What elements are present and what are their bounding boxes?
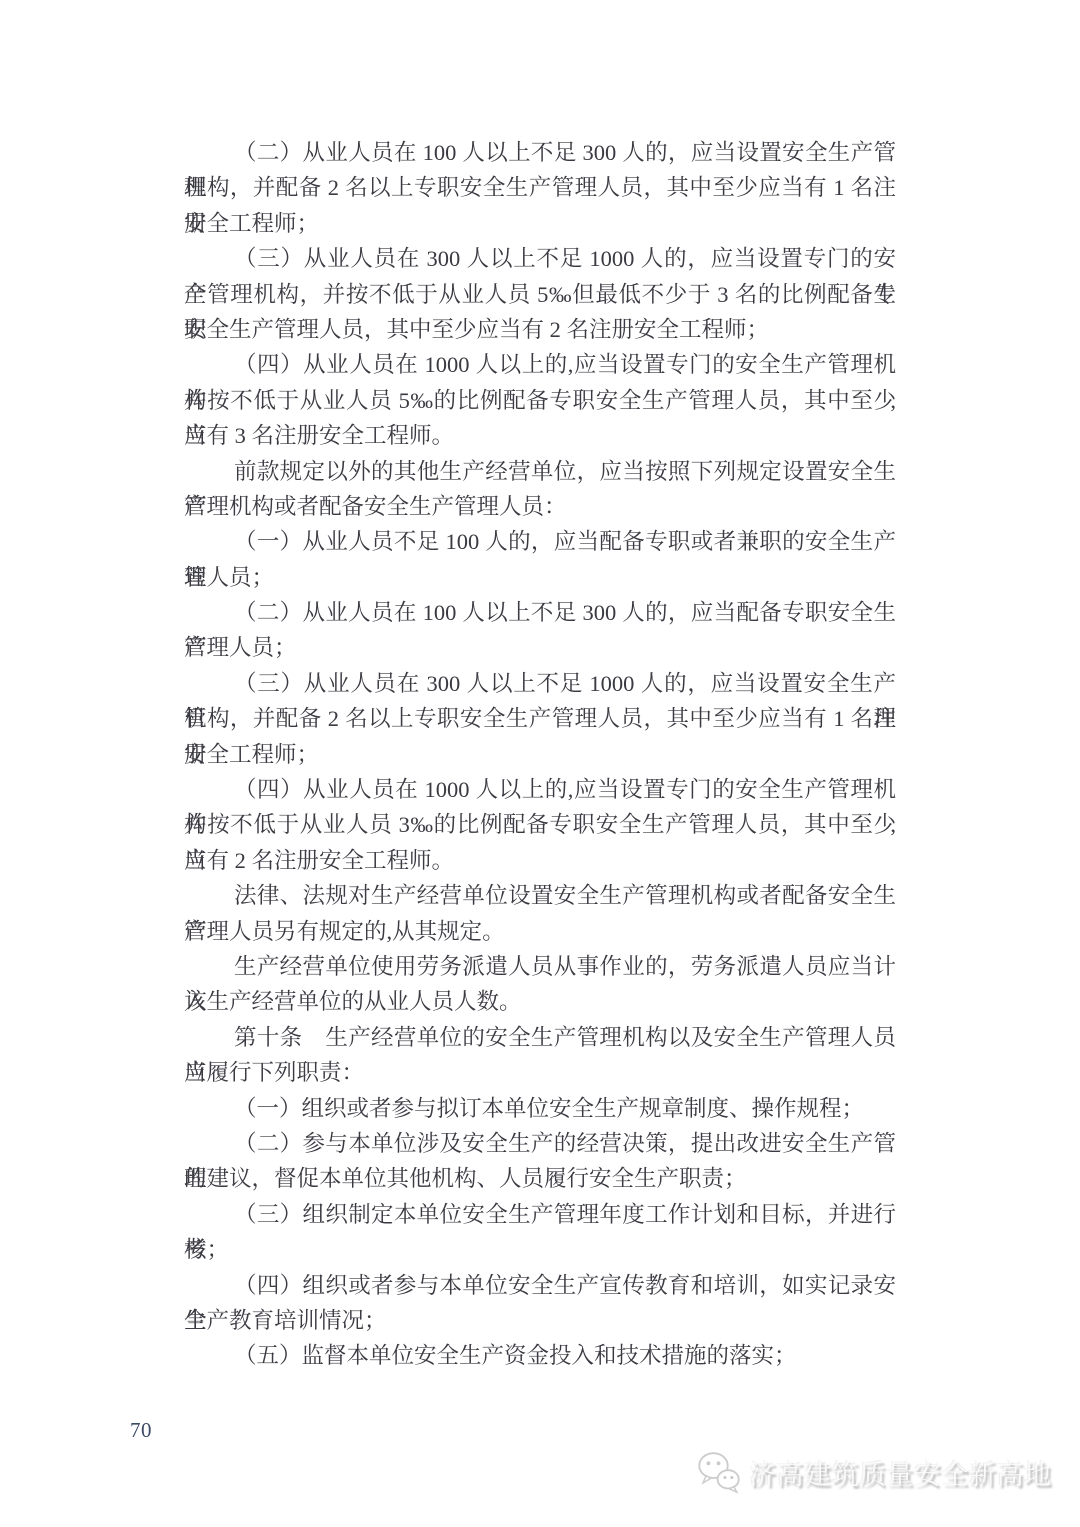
text-line: 前款规定以外的其他生产经营单位，应当按照下列规定设置安全生产 bbox=[184, 454, 896, 489]
text-line: 管理机构或者配备安全生产管理人员： bbox=[184, 489, 896, 524]
text-line: 机构，并配备 2 名以上专职安全生产管理人员，其中至少应当有 1 名注册 bbox=[184, 170, 896, 205]
text-line: 安全工程师； bbox=[184, 737, 896, 772]
text-line: （二）从业人员在 100 人以上不足 300 人的，应当设置安全生产管理 bbox=[184, 135, 896, 170]
text-line: 管理人员； bbox=[184, 630, 896, 665]
text-line: （二）从业人员在 100 人以上不足 300 人的，应当配备专职安全生产 bbox=[184, 595, 896, 630]
document-page: （二）从业人员在 100 人以上不足 300 人的，应当设置安全生产管理机构，并… bbox=[0, 0, 1080, 1527]
text-line: 当履行下列职责： bbox=[184, 1055, 896, 1090]
text-line: （一）从业人员不足 100 人的，应当配备专职或者兼职的安全生产管 bbox=[184, 524, 896, 559]
text-line: 机构，并配备 2 名以上专职安全生产管理人员，其中至少应当有 1 名注册 bbox=[184, 701, 896, 736]
text-line: 的建议，督促本单位其他机构、人员履行安全生产职责； bbox=[184, 1161, 896, 1196]
text-line: 管理人员另有规定的,从其规定。 bbox=[184, 914, 896, 949]
watermark-text: 济高建筑质量安全新高地 bbox=[749, 1453, 1052, 1492]
text-line: （四）组织或者参与本单位安全生产宣传教育和培训，如实记录安全 bbox=[184, 1268, 896, 1303]
text-line: 安全生产管理人员，其中至少应当有 2 名注册安全工程师； bbox=[184, 312, 896, 347]
text-line: （二）参与本单位涉及安全生产的经营决策，提出改进安全生产管理 bbox=[184, 1126, 896, 1161]
page-number: 70 bbox=[130, 1418, 152, 1443]
text-line: 核； bbox=[184, 1232, 896, 1267]
text-line: 第十条 生产经营单位的安全生产管理机构以及安全生产管理人员应 bbox=[184, 1020, 896, 1055]
text-line: 该生产经营单位的从业人员人数。 bbox=[184, 984, 896, 1019]
text-line: （五）监督本单位安全生产资金投入和技术措施的落实； bbox=[184, 1338, 896, 1373]
text-line: （一）组织或者参与拟订本单位安全生产规章制度、操作规程； bbox=[184, 1091, 896, 1126]
text-line: 安全工程师； bbox=[184, 206, 896, 241]
text-line: 产管理机构，并按不低于从业人员 5‰但最低不少于 3 名的比例配备专职 bbox=[184, 277, 896, 312]
text-line: 并按不低于从业人员 3‰的比例配备专职安全生产管理人员，其中至少应 bbox=[184, 807, 896, 842]
wechat-icon bbox=[696, 1450, 742, 1494]
text-line: 当有 2 名注册安全工程师。 bbox=[184, 843, 896, 878]
text-line: （三）从业人员在 300 人以上不足 1000 人的，应当设置安全生产管理 bbox=[184, 666, 896, 701]
watermark: 济高建筑质量安全新高地 bbox=[696, 1450, 1052, 1494]
text-line: 生产经营单位使用劳务派遣人员从事作业的，劳务派遣人员应当计入 bbox=[184, 949, 896, 984]
text-line: 生产教育培训情况； bbox=[184, 1303, 896, 1338]
text-line: 理人员； bbox=[184, 560, 896, 595]
text-line: 法律、法规对生产经营单位设置安全生产管理机构或者配备安全生产 bbox=[184, 878, 896, 913]
document-lines: （二）从业人员在 100 人以上不足 300 人的，应当设置安全生产管理机构，并… bbox=[184, 135, 896, 1374]
text-line: （四）从业人员在 1000 人以上的,应当设置专门的安全生产管理机构, bbox=[184, 347, 896, 382]
text-line: （三）组织制定本单位安全生产管理年度工作计划和目标，并进行考 bbox=[184, 1197, 896, 1232]
text-line: （四）从业人员在 1000 人以上的,应当设置专门的安全生产管理机构, bbox=[184, 772, 896, 807]
text-line: （三）从业人员在 300 人以上不足 1000 人的，应当设置专门的安全生 bbox=[184, 241, 896, 276]
text-line: 并按不低于从业人员 5‰的比例配备专职安全生产管理人员，其中至少应 bbox=[184, 383, 896, 418]
text-line: 当有 3 名注册安全工程师。 bbox=[184, 418, 896, 453]
